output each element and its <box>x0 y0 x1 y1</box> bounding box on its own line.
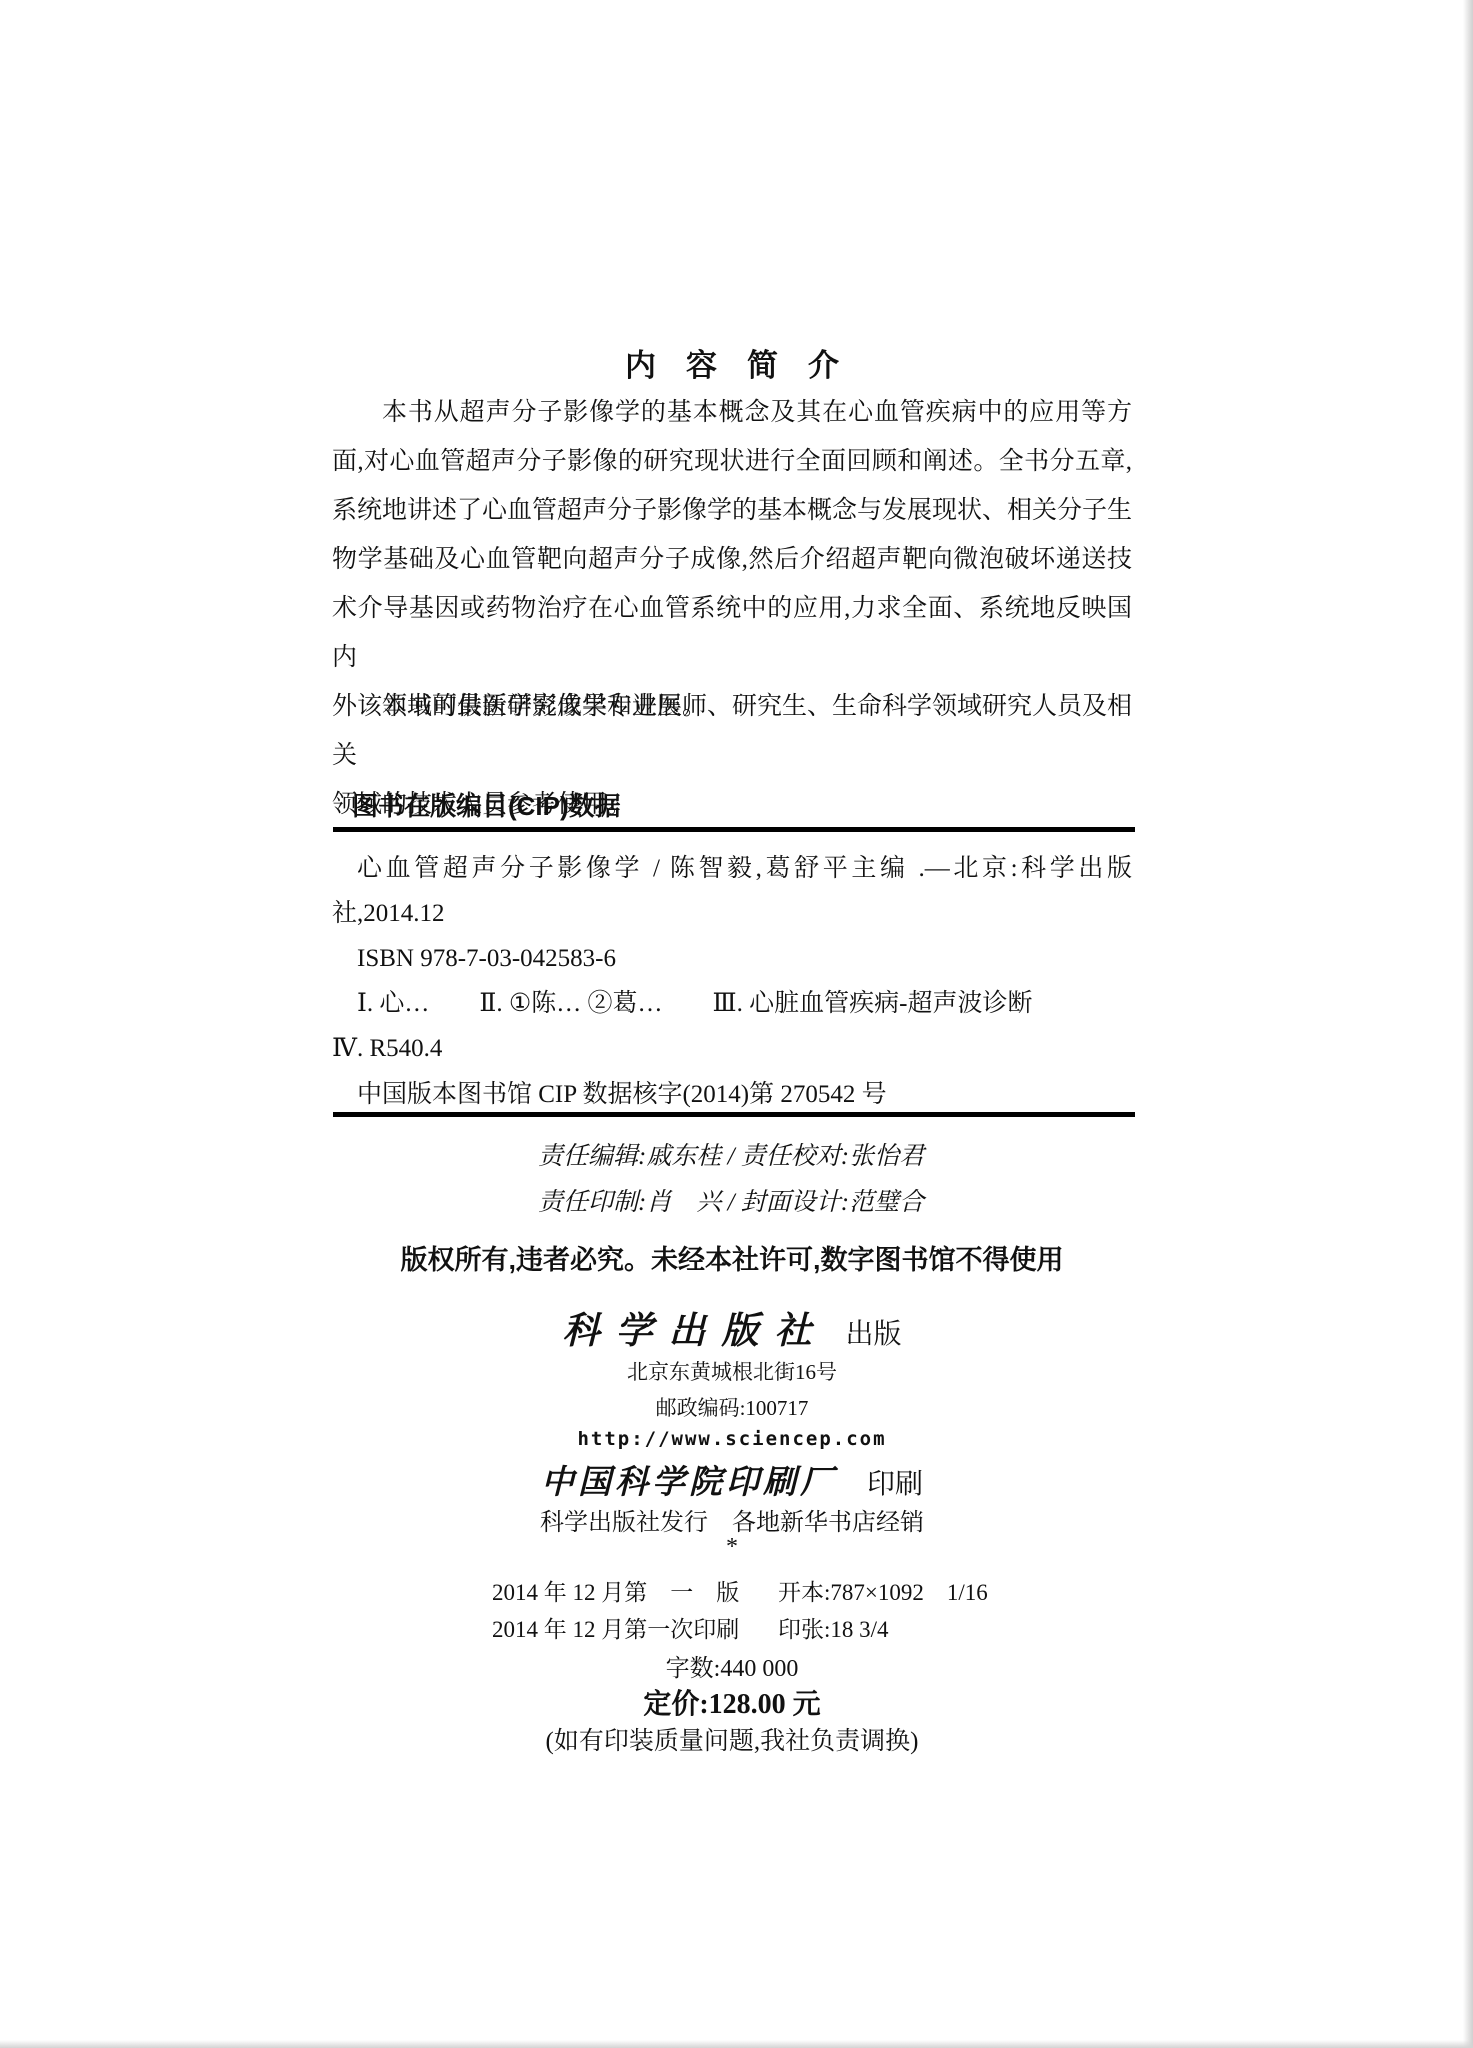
publisher-name: 科学出版社 <box>562 1311 827 1352</box>
content-summary-title: 内容简介 <box>332 340 1132 385</box>
cip-rule-bottom <box>333 1112 1135 1117</box>
publisher-website: http://www.sciencep.com <box>332 1428 1132 1450</box>
intro-line: 术介导基因或药物治疗在心血管系统中的应用,力求全面、系统地反映国内 <box>332 584 1132 682</box>
intro-line: 面,对心血管超声分子影像的研究现状进行全面回顾和阐述。全书分五章, <box>332 437 1132 486</box>
cip-rule-top <box>333 827 1135 832</box>
isbn-line: ISBN 978-7-03-042583-6 <box>332 936 1132 981</box>
edition-date: 2014 年 12 月第 一 版 <box>492 1574 739 1607</box>
impression-date: 2014 年 12 月第一次印刷 <box>492 1611 739 1644</box>
intro-line: 系统地讲述了心血管超声分子影像学的基本概念与发展现状、相关分子生 <box>332 486 1132 535</box>
classification-line-2: Ⅳ. R540.4 <box>332 1026 1132 1071</box>
separator-star: * <box>332 1534 1132 1561</box>
credits-block: 责任编辑:戚东桂 / 责任校对:张怡君 责任印制:肖 兴 / 封面设计:范璧合 <box>538 1134 924 1226</box>
page-edge-right <box>1463 0 1473 2048</box>
price-line: 定价:128.00 元 <box>332 1682 1132 1722</box>
quality-note: (如有印装质量问题,我社负责调换) <box>332 1721 1132 1757</box>
printer-line: 中国科学院印刷厂印刷 <box>332 1456 1132 1503</box>
credits-line-printing: 责任印制:肖 兴 / 封面设计:范璧合 <box>538 1180 924 1226</box>
cip-body: 心血管超声分子影像学 / 陈智毅,葛舒平主编 .—北京:科学出版 社,2014.… <box>332 846 1132 1071</box>
credits-line-editor: 责任编辑:戚东桂 / 责任校对:张怡君 <box>538 1134 924 1180</box>
intro-line: 本书从超声分子影像学的基本概念及其在心血管疾病中的应用等方 <box>332 388 1132 437</box>
classification-line-1: Ⅰ. 心… Ⅱ. ①陈… ②葛… Ⅲ. 心脏血管疾病-超声波诊断 <box>332 981 1132 1026</box>
sheets-info: 印张:18 3/4 <box>778 1611 889 1644</box>
format-info: 开本:787×1092 1/16 <box>778 1574 988 1607</box>
intro-paragraph-1: 本书从超声分子影像学的基本概念及其在心血管疾病中的应用等方 面,对心血管超声分子… <box>332 388 1132 731</box>
intro-line: 本书可供医学影像学专业医师、研究生、生命科学领域研究人员及相关 <box>332 682 1132 780</box>
cip-title-line-1: 心血管超声分子影像学 / 陈智毅,葛舒平主编 .—北京:科学出版 <box>332 846 1132 891</box>
content-summary-title-text: 内容简介 <box>625 340 869 385</box>
page-edge-bottom <box>0 2040 1473 2048</box>
publisher-line: 科学出版社出版 <box>332 1300 1132 1354</box>
cip-header: 图书在版编目(CIP)数据 <box>352 786 621 823</box>
word-count: 字数:440 000 <box>332 1648 1132 1683</box>
copyright-notice: 版权所有,违者必究。未经本社许可,数字图书馆不得使用 <box>332 1238 1132 1277</box>
book-copyright-page: 内容简介 本书从超声分子影像学的基本概念及其在心血管疾病中的应用等方 面,对心血… <box>0 0 1473 2048</box>
publisher-role: 出版 <box>845 1319 901 1350</box>
publisher-address: 北京东黄城根北街16号 <box>332 1356 1132 1386</box>
postal-code: 邮政编码:100717 <box>332 1392 1132 1422</box>
cip-title-line-2: 社,2014.12 <box>332 891 1132 936</box>
printer-role: 印刷 <box>867 1469 923 1500</box>
cip-record-line: 中国版本图书馆 CIP 数据核字(2014)第 270542 号 <box>332 1074 1132 1110</box>
intro-line: 物学基础及心血管靶向超声分子成像,然后介绍超声靶向微泡破坏递送技 <box>332 535 1132 584</box>
distribution-line: 科学出版社发行 各地新华书店经销 <box>332 1502 1132 1537</box>
printer-name: 中国科学院印刷厂 <box>541 1465 837 1501</box>
